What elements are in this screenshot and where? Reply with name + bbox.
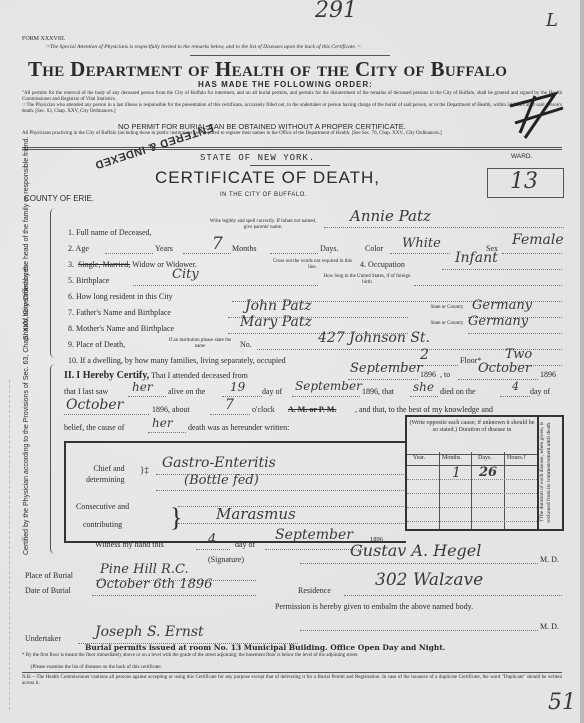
margin-mark-top-right: L bbox=[546, 10, 558, 31]
death-certificate-page: 291 L 51 FORM XXXVIII. ☞The Special Atte… bbox=[0, 0, 584, 723]
burial-date-label: Date of Burial bbox=[25, 586, 71, 595]
duration-days-value[interactable]: 26 bbox=[479, 465, 497, 480]
pronoun-value[interactable]: she bbox=[413, 380, 434, 394]
undertaker-label: Undertaker bbox=[25, 634, 61, 643]
dwelling-families-label: 10. If a dwelling, by how many families,… bbox=[68, 356, 286, 365]
mother-label: 8. Mother's Name and Birthplace bbox=[68, 324, 174, 333]
color-label: Color bbox=[365, 244, 383, 253]
col-months: Months. bbox=[442, 455, 462, 461]
burial-place-label: Place of Burial bbox=[25, 571, 73, 580]
contributing-cause-label-1: Consecutive and bbox=[76, 498, 129, 516]
color-value[interactable]: White bbox=[402, 236, 441, 251]
contributing-cause-value[interactable]: Marasmus bbox=[216, 505, 296, 523]
months-label: Months bbox=[232, 244, 256, 253]
pronoun-value[interactable]: her bbox=[152, 416, 173, 430]
mother-birthplace-value[interactable]: Germany bbox=[468, 314, 528, 329]
state-country-note: State or Country bbox=[430, 305, 464, 311]
contributing-cause-label-2: contributing bbox=[76, 516, 129, 534]
state-country-note: State or Country bbox=[430, 321, 464, 327]
col-days: Days. bbox=[478, 455, 492, 461]
cause-of-death-box: Chief and determining }‡ Gastro-Enteriti… bbox=[64, 441, 406, 543]
last-seen-day-value[interactable]: 19 bbox=[230, 380, 245, 394]
witness-month-value[interactable]: September bbox=[275, 527, 353, 543]
chief-cause-note-value[interactable]: (Bottle fed) bbox=[184, 473, 259, 488]
physician-signature-value[interactable]: Gustav A. Hegel bbox=[350, 541, 481, 560]
father-birthplace-value[interactable]: Germany bbox=[472, 298, 532, 313]
order-heading: HAS MADE THE FOLLOWING ORDER: bbox=[198, 80, 373, 89]
place-no-label: No. bbox=[240, 340, 252, 349]
divider bbox=[250, 165, 330, 166]
col-hours: Hours.† bbox=[507, 455, 526, 461]
sex-value[interactable]: Female bbox=[512, 232, 564, 248]
no-permit-notice: NO PERMIT FOR BURIAL CAN BE OBTAINED WIT… bbox=[118, 122, 406, 131]
occupation-value[interactable]: Infant bbox=[455, 250, 498, 266]
order-text-2: ☞The Physician who attended any person i… bbox=[22, 103, 562, 115]
divider bbox=[190, 55, 390, 56]
burial-permits-notice: Burial permits issued at room No. 13 Mun… bbox=[85, 643, 445, 652]
father-label: 7. Father's Name and Birthplace bbox=[68, 308, 171, 317]
death-day-value[interactable]: 4 bbox=[512, 380, 519, 393]
signature-label: (Signature) bbox=[208, 555, 244, 564]
chief-cause-value[interactable]: Gastro-Enteritis bbox=[162, 455, 276, 471]
state-label: STATE OF NEW YORK. bbox=[200, 153, 315, 163]
residence-value[interactable]: 302 Walzave bbox=[375, 570, 483, 590]
field-1-note: Write legibly and spell correctly. If in… bbox=[207, 219, 319, 231]
occupation-label: 4. Occupation bbox=[360, 260, 405, 269]
brace bbox=[50, 208, 55, 358]
death-month-value[interactable]: October bbox=[66, 397, 123, 413]
brace bbox=[50, 364, 55, 554]
residence-duration-label: 6. How long resident in this City bbox=[68, 292, 173, 301]
ward-box[interactable]: 13 bbox=[487, 168, 564, 198]
place-of-death-value[interactable]: 427 Johnson St. bbox=[318, 330, 430, 346]
attended-from-value[interactable]: September bbox=[350, 361, 422, 376]
mother-name-value[interactable]: Mary Patz bbox=[240, 314, 312, 330]
field-2-label: 2. Age bbox=[68, 244, 89, 253]
years-label: Years bbox=[155, 244, 173, 253]
ward-value: 13 bbox=[510, 169, 538, 194]
certificate-title: CERTIFICATE OF DEATH, bbox=[155, 168, 380, 188]
birthplace-note: How long in the United States, if of for… bbox=[322, 274, 412, 286]
duration-side-note: †The duration of each disease, when give… bbox=[539, 417, 552, 527]
residence-label: Residence bbox=[298, 586, 331, 595]
birthplace-value[interactable]: City bbox=[172, 267, 199, 282]
col-year: Year. bbox=[413, 455, 425, 461]
deceased-name-value[interactable]: Annie Patz bbox=[350, 207, 431, 225]
attention-note: ☞The Special Attention of Physicians is … bbox=[45, 44, 361, 50]
certification-line-1: II. I Hereby Certify, That I attended de… bbox=[64, 370, 248, 381]
embalm-permission: Permission is hereby given to embalm the… bbox=[275, 602, 473, 611]
burial-date-value[interactable]: October 6th 1896 bbox=[96, 577, 212, 592]
burial-place-value[interactable]: Pine Hill R.C. bbox=[100, 562, 189, 577]
floor-footnote: * By the first floor is meant the floor … bbox=[22, 653, 562, 659]
field-1-label: 1. Full name of Deceased, bbox=[68, 228, 152, 237]
age-months-value[interactable]: 7 bbox=[212, 234, 223, 254]
attended-to-value[interactable]: October bbox=[478, 361, 531, 376]
certificate-subtitle: IN THE CITY OF BUFFALO. bbox=[220, 192, 307, 198]
chief-cause-label-1: Chief and bbox=[86, 463, 125, 474]
place-of-death-note: If an institution please state the name bbox=[167, 338, 233, 350]
place-of-death-label: 9. Place of Death, bbox=[68, 340, 125, 349]
side-note-physician: Certified by the Physician according to … bbox=[23, 365, 31, 555]
perforation-line bbox=[9, 380, 10, 710]
chief-cause-label-2: determining bbox=[86, 474, 125, 485]
duration-header: (Write opposite each cause; if unknown i… bbox=[407, 417, 537, 455]
pronoun-value[interactable]: her bbox=[132, 380, 153, 394]
ward-label: WARD. bbox=[511, 153, 532, 160]
duration-table: (Write opposite each cause; if unknown i… bbox=[405, 415, 564, 531]
witness-day-value[interactable]: 4 bbox=[208, 532, 216, 547]
physician-register-note: All Physicians practicing in the City of… bbox=[22, 131, 562, 137]
field-3-struck: Single, Married, bbox=[78, 260, 130, 269]
field-3-note: Cross out the words not required in this… bbox=[270, 259, 355, 271]
form-number: FORM XXXVIII. bbox=[22, 36, 65, 42]
birthplace-label: 5. Birthplace bbox=[68, 276, 109, 285]
header-divider bbox=[22, 147, 562, 150]
department-title: The Department of Health of the City of … bbox=[28, 57, 507, 82]
page-edge bbox=[580, 0, 584, 723]
divider bbox=[22, 672, 562, 673]
diseases-footnote: ‡Please examine the list of diseases on … bbox=[30, 665, 162, 671]
death-hour-value[interactable]: 7 bbox=[225, 397, 234, 413]
father-name-value[interactable]: John Patz bbox=[245, 298, 312, 314]
floor-value[interactable]: Two bbox=[505, 347, 532, 362]
duration-months-value[interactable]: 1 bbox=[452, 465, 461, 481]
margin-number-bottom: 51 bbox=[548, 690, 576, 715]
undertaker-value[interactable]: Joseph S. Ernst bbox=[95, 624, 204, 640]
margin-number-top: 291 bbox=[315, 0, 357, 23]
county-label: COUNTY OF ERIE. bbox=[24, 194, 94, 203]
order-text-1: "All permits for the removal of the body… bbox=[22, 91, 562, 103]
days-label: Days. bbox=[320, 244, 338, 253]
nb-note: N.B.—The Health Commissioner cautions al… bbox=[22, 675, 562, 687]
last-seen-month-value[interactable]: September bbox=[295, 379, 362, 393]
am-pm-value[interactable]: A. M. or P. M. bbox=[288, 405, 336, 414]
